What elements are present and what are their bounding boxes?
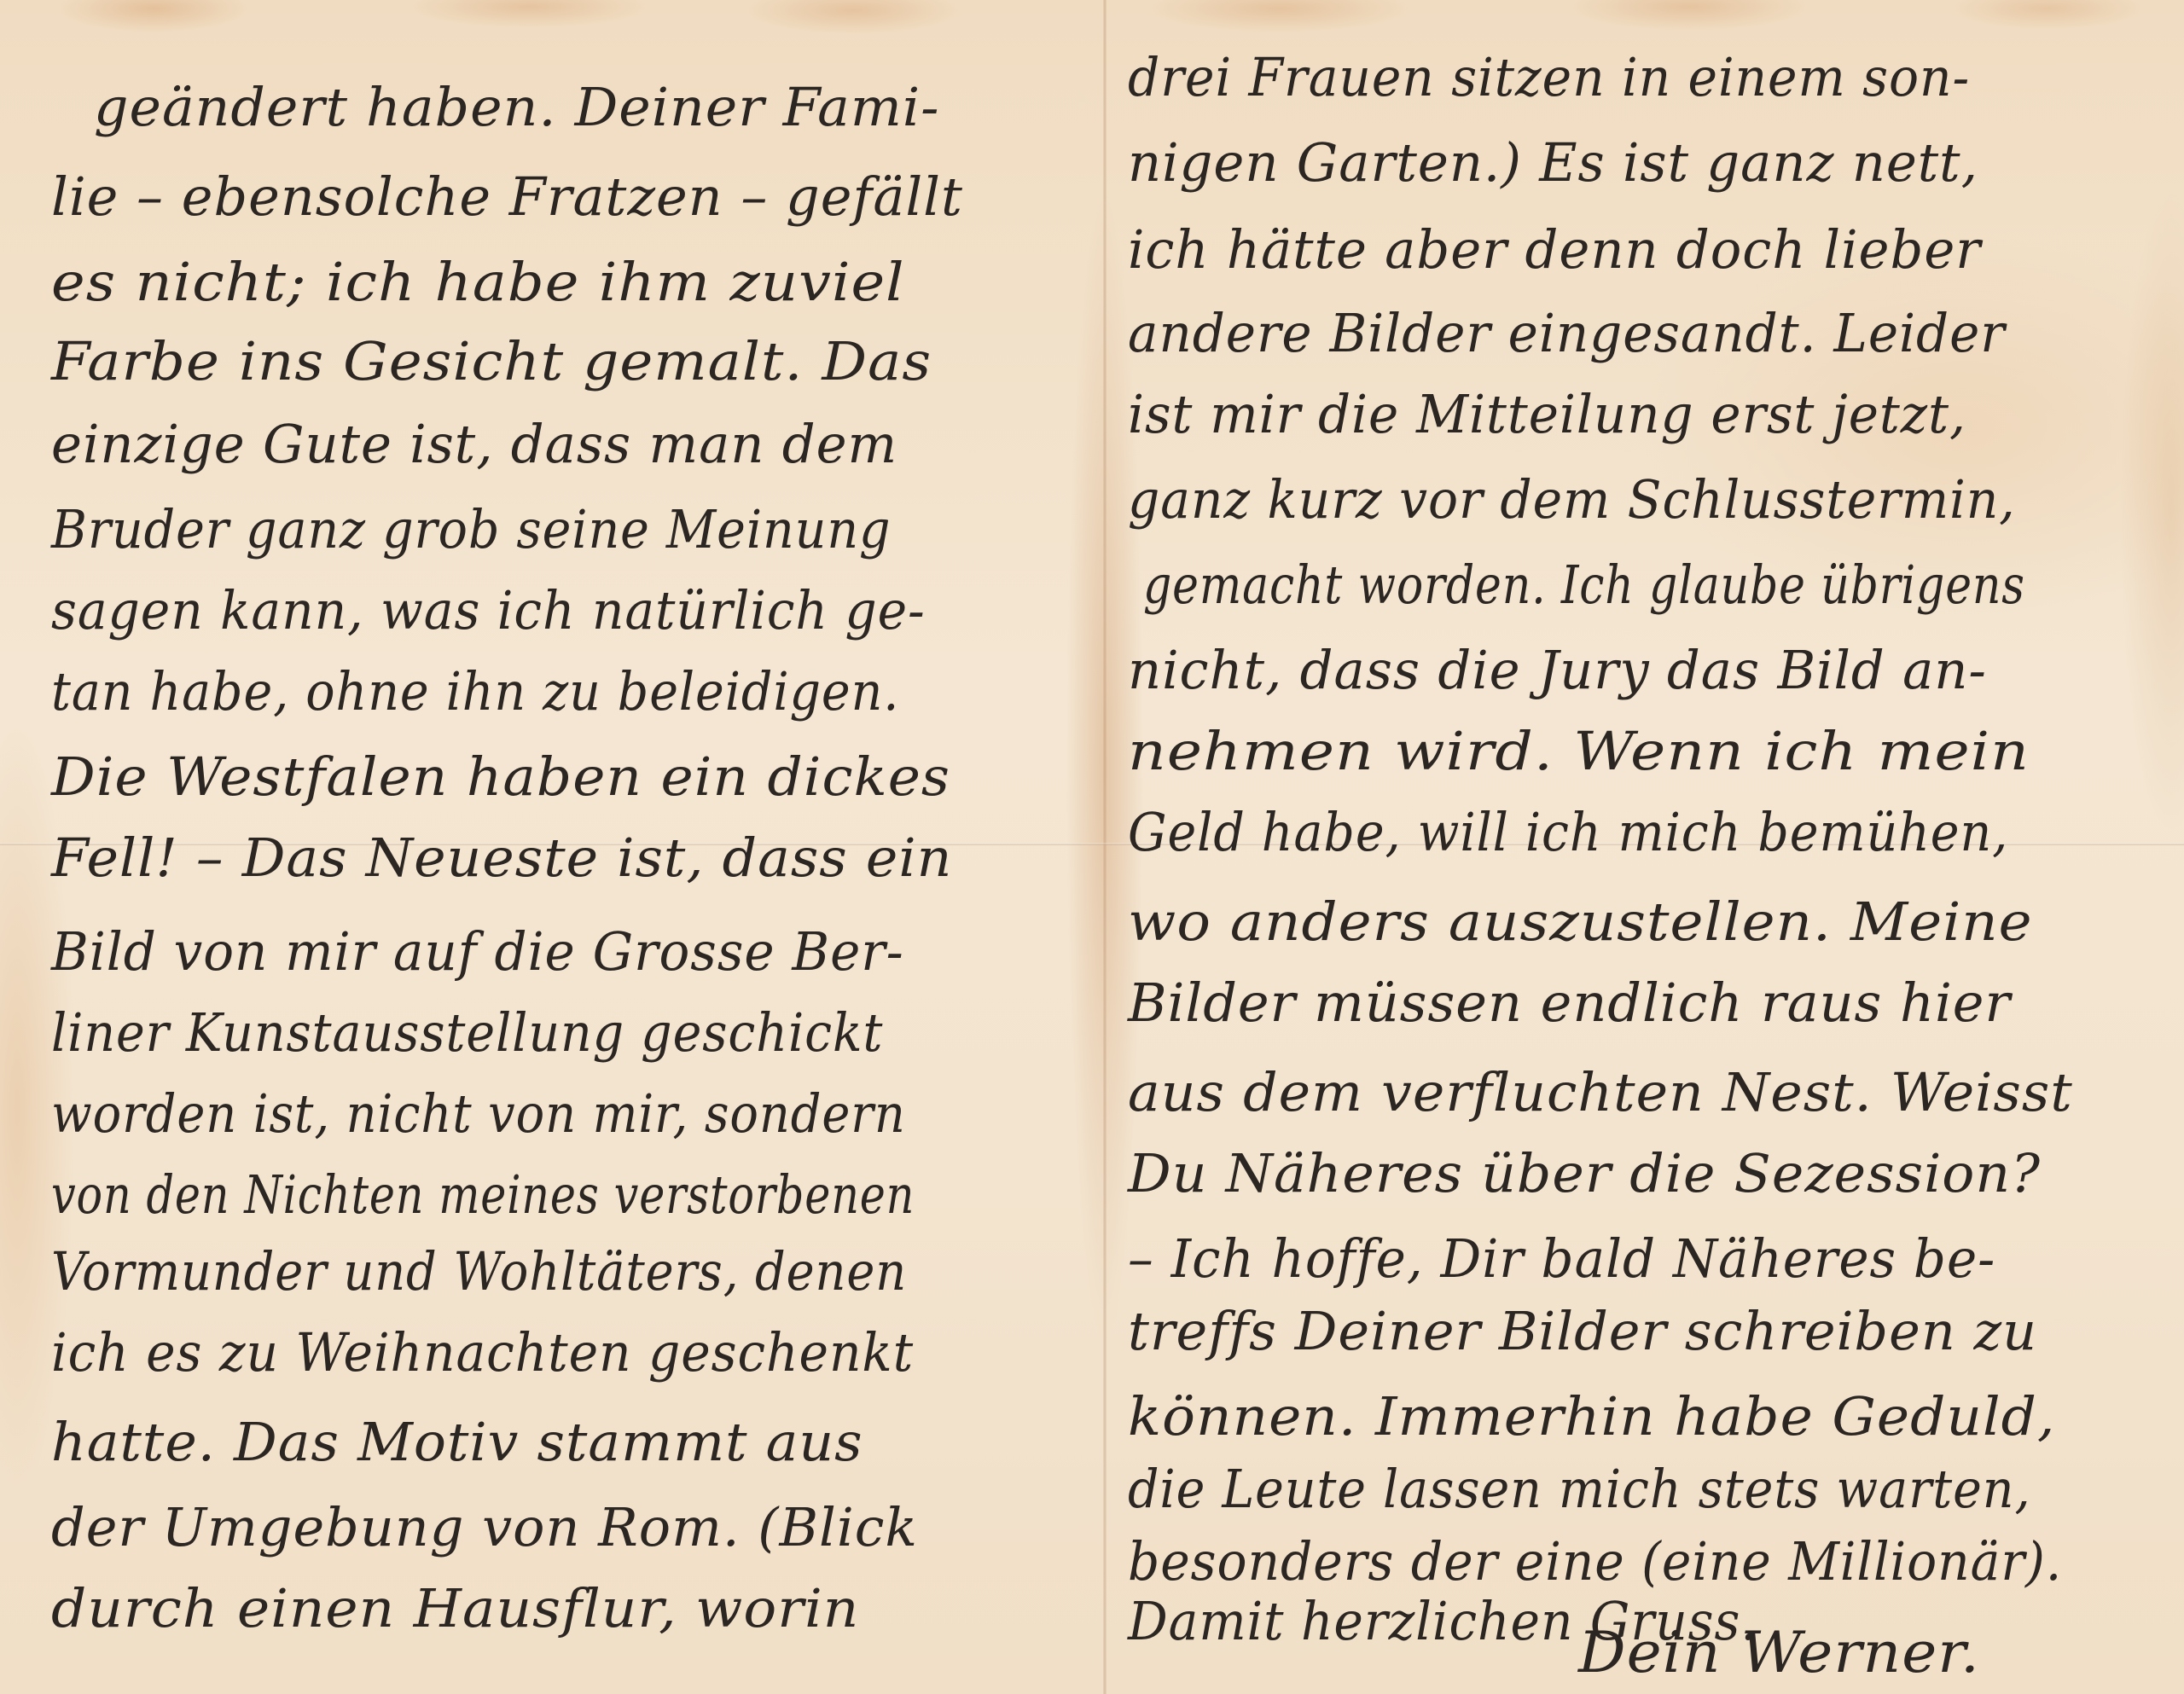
letter-line: – Ich hoffe, Dir bald Näheres be- bbox=[1128, 1233, 1995, 1285]
right-page: drei Frauen sitzen in einem son- nigen G… bbox=[1118, 0, 2167, 1694]
letter-line: Bruder ganz grob seine Meinung bbox=[51, 503, 891, 556]
letter-line: Fell! – Das Neueste ist, dass ein bbox=[51, 832, 952, 885]
letter-line: tan habe, ohne ihn zu beleidigen. bbox=[51, 665, 899, 718]
letter-line: Geld habe, will ich mich bemühen, bbox=[1128, 806, 2008, 859]
letter-line: ich es zu Weihnachten geschenkt bbox=[51, 1326, 914, 1379]
letter-line: lie – ebensolche Fratzen – gefällt bbox=[51, 171, 963, 223]
letter-line: es nicht; ich habe ihm zuviel bbox=[51, 256, 905, 309]
letter-line: nicht, dass die Jury das Bild an- bbox=[1128, 644, 1987, 697]
letter-line: sagen kann, was ich natürlich ge- bbox=[51, 584, 926, 637]
letter-line: liner Kunstausstellung geschickt bbox=[51, 1007, 883, 1059]
letter-line: andere Bilder eingesandt. Leider bbox=[1128, 307, 2006, 360]
letter-line: können. Immerhin habe Geduld, bbox=[1128, 1390, 2055, 1443]
letter-line: treffs Deiner Bilder schreiben zu bbox=[1128, 1305, 2037, 1358]
signature: Dein Werner. bbox=[1578, 1625, 1980, 1681]
letter-line: durch einen Hausflur, worin bbox=[51, 1582, 859, 1635]
letter-line: worden ist, nicht von mir, sondern bbox=[51, 1088, 906, 1140]
letter-line: Die Westfalen haben ein dickes bbox=[51, 751, 950, 803]
letter-line: einzige Gute ist, dass man dem bbox=[51, 418, 897, 471]
letter-line: ich hätte aber denn doch lieber bbox=[1128, 223, 1981, 276]
letter-line: nigen Garten.) Es ist ganz nett, bbox=[1128, 136, 1978, 189]
letter-line: Du Näheres über die Sezession? bbox=[1128, 1147, 2041, 1200]
letter-line: nehmen wird. Wenn ich mein bbox=[1128, 725, 2030, 778]
letter-line: Farbe ins Gesicht gemalt. Das bbox=[51, 335, 932, 388]
letter-line: ist mir die Mitteilung erst jetzt, bbox=[1128, 388, 1966, 441]
letter-line: wo anders auszustellen. Meine bbox=[1128, 896, 2033, 949]
letter-line: die Leute lassen mich stets warten, bbox=[1128, 1463, 2031, 1516]
left-page: geändert haben. Deiner Fami- lie – ebens… bbox=[34, 0, 1083, 1694]
letter-line: besonders der eine (eine Millionär). bbox=[1128, 1535, 2062, 1588]
letter-line: ganz kurz vor dem Schlusstermin, bbox=[1128, 473, 2016, 526]
letter-line: von den Nichten meines verstorbenen bbox=[51, 1169, 915, 1221]
letter-line: Bilder müssen endlich raus hier bbox=[1128, 977, 2011, 1030]
letter-line: der Umgebung von Rom. (Blick bbox=[51, 1501, 918, 1554]
letter-line: gemacht worden. Ich glaube übrigens bbox=[1143, 559, 2025, 612]
letter-line: drei Frauen sitzen in einem son- bbox=[1128, 51, 1970, 104]
letter-line: geändert haben. Deiner Fami- bbox=[94, 81, 940, 134]
center-fold bbox=[1103, 0, 1107, 1694]
letter-line: hatte. Das Motiv stammt aus bbox=[51, 1416, 863, 1469]
letter-line: Bild von mir auf die Grosse Ber- bbox=[51, 925, 904, 978]
letter-line: Vormunder und Wohltäters, denen bbox=[51, 1245, 907, 1298]
letter-line: aus dem verfluchten Nest. Weisst bbox=[1128, 1066, 2073, 1119]
